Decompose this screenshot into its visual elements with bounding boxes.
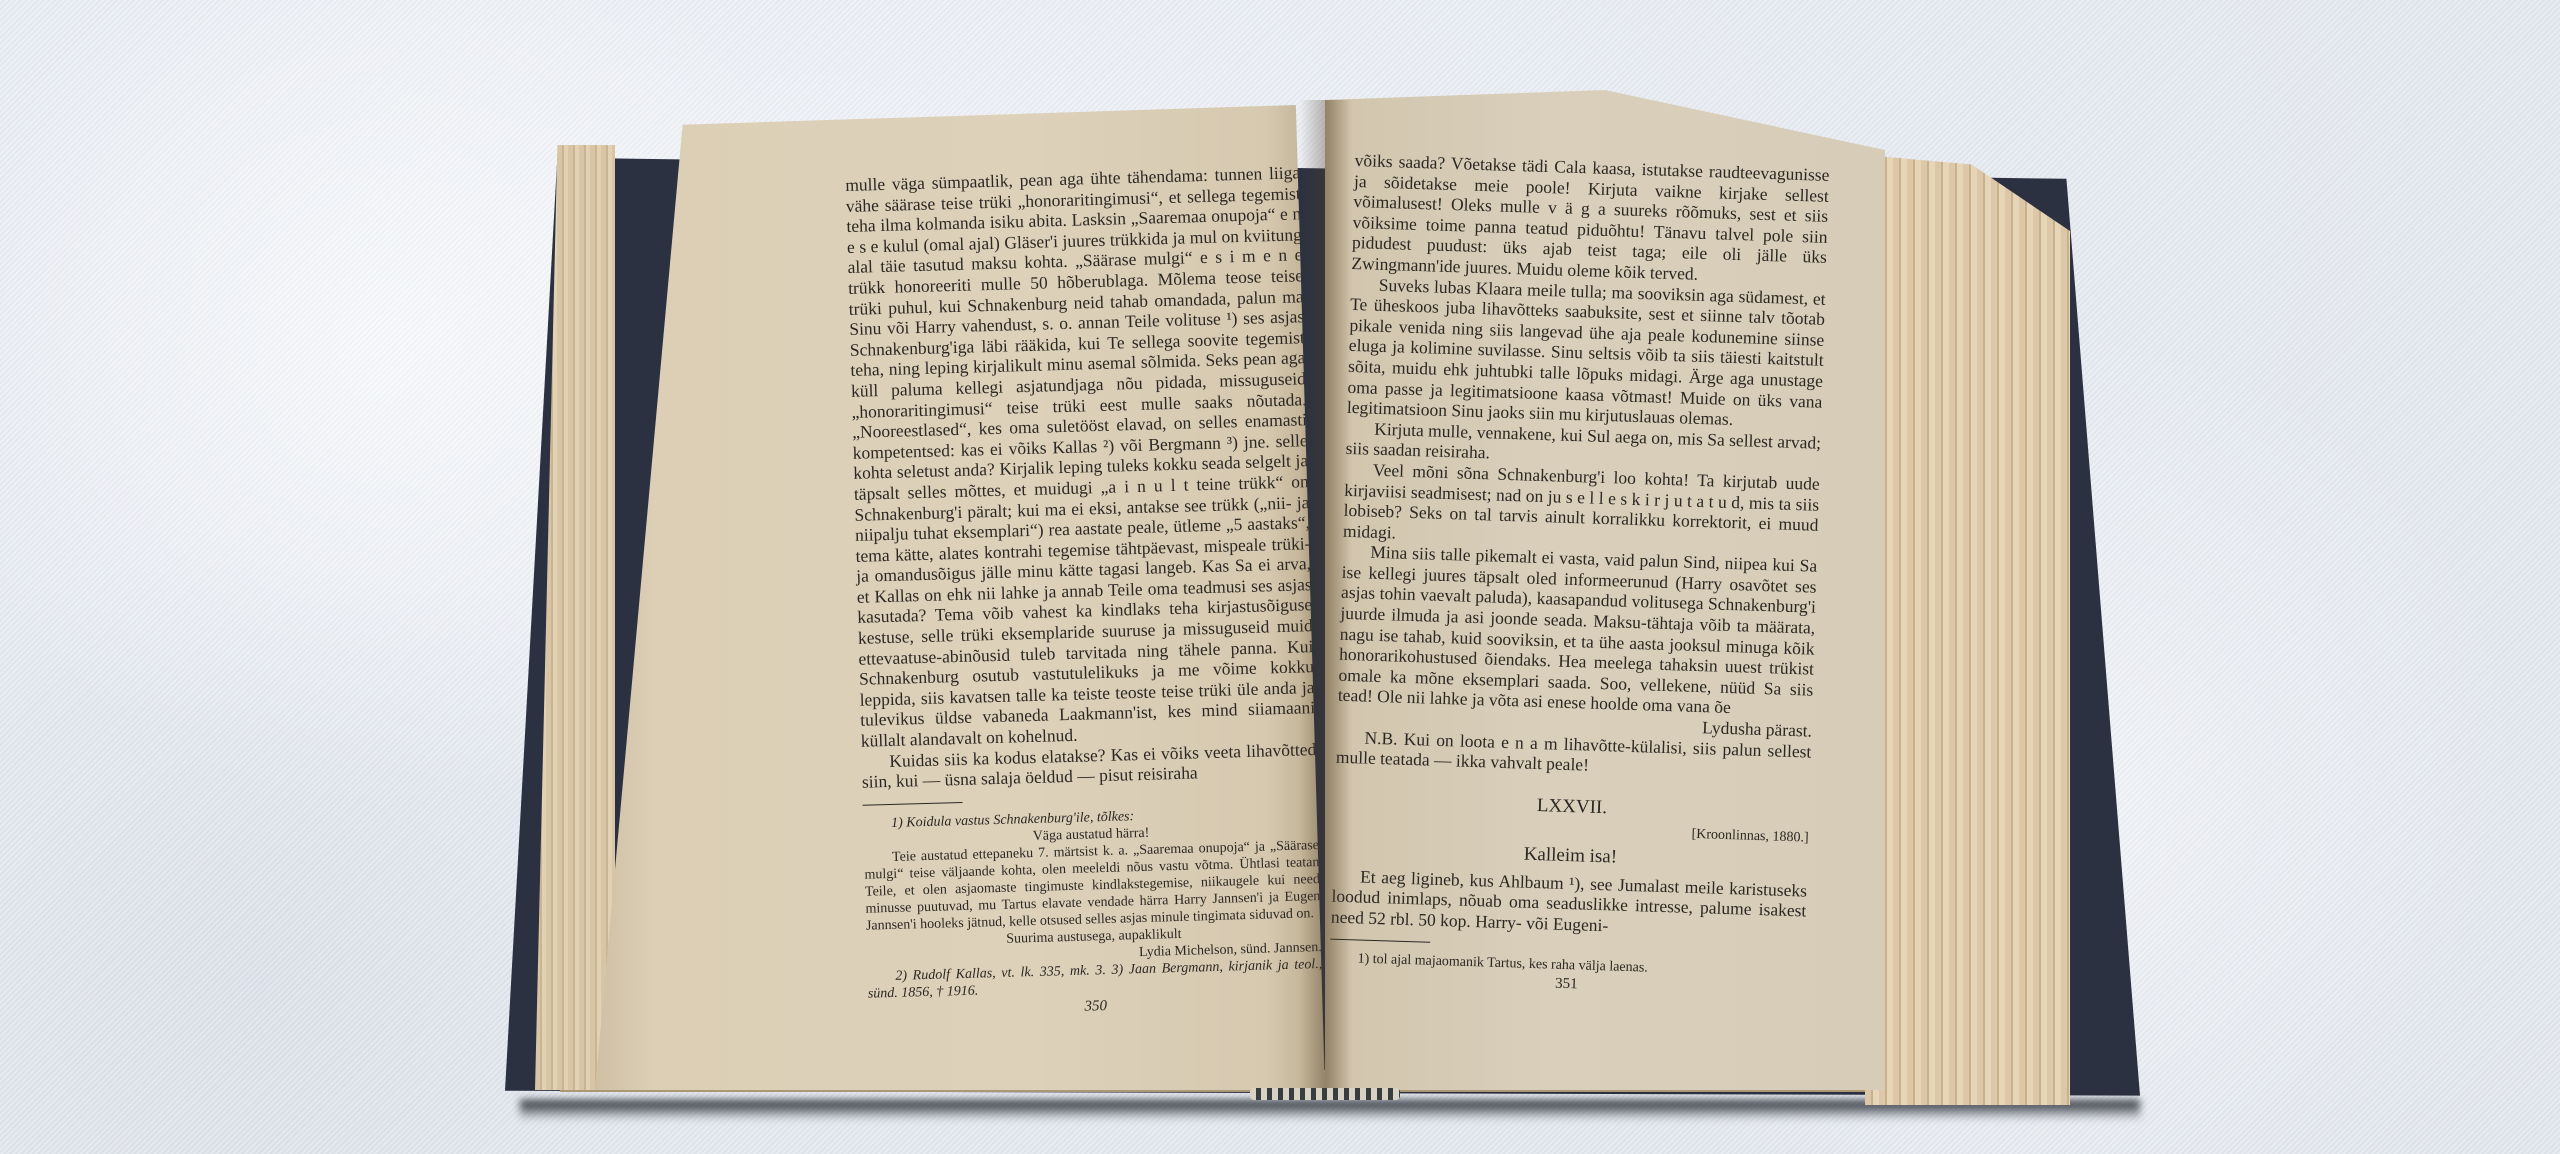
right-page-stack-edge	[1865, 155, 2070, 1105]
right-body-paragraph: võiks saada? Võetakse tädi Cala kaasa, i…	[1351, 150, 1830, 288]
left-body-paragraph: mulle väga sümpaatlik, pean aga ühte täh…	[845, 162, 1316, 751]
right-page-text: võiks saada? Võetakse tädi Cala kaasa, i…	[1329, 150, 1830, 1002]
footnote-rule	[863, 802, 963, 806]
right-page: võiks saada? Võetakse tädi Cala kaasa, i…	[1325, 90, 1885, 1090]
right-body-paragraph: Mina siis talle pikemalt ei vasta, vaid …	[1338, 541, 1818, 721]
book-gutter-shadow	[1300, 100, 1350, 1090]
right-body-paragraph: Veel mõni sõna Schnakenburg'i loo kohta!…	[1343, 459, 1820, 556]
book-headband	[1250, 1088, 1400, 1100]
left-page-text: mulle väga sümpaatlik, pean aga ühte täh…	[845, 162, 1324, 1023]
footnote-1-body: Teie austatud ettepaneku 7. märtsist k. …	[864, 837, 1321, 935]
left-page: mulle väga sümpaatlik, pean aga ühte täh…	[595, 105, 1325, 1090]
letter-body: Et aeg ligineb, kus Ahlbaum ¹), see Juma…	[1331, 865, 1808, 942]
right-body-paragraph: Suveks lubas Klaara meile tulla; ma soov…	[1347, 274, 1826, 433]
